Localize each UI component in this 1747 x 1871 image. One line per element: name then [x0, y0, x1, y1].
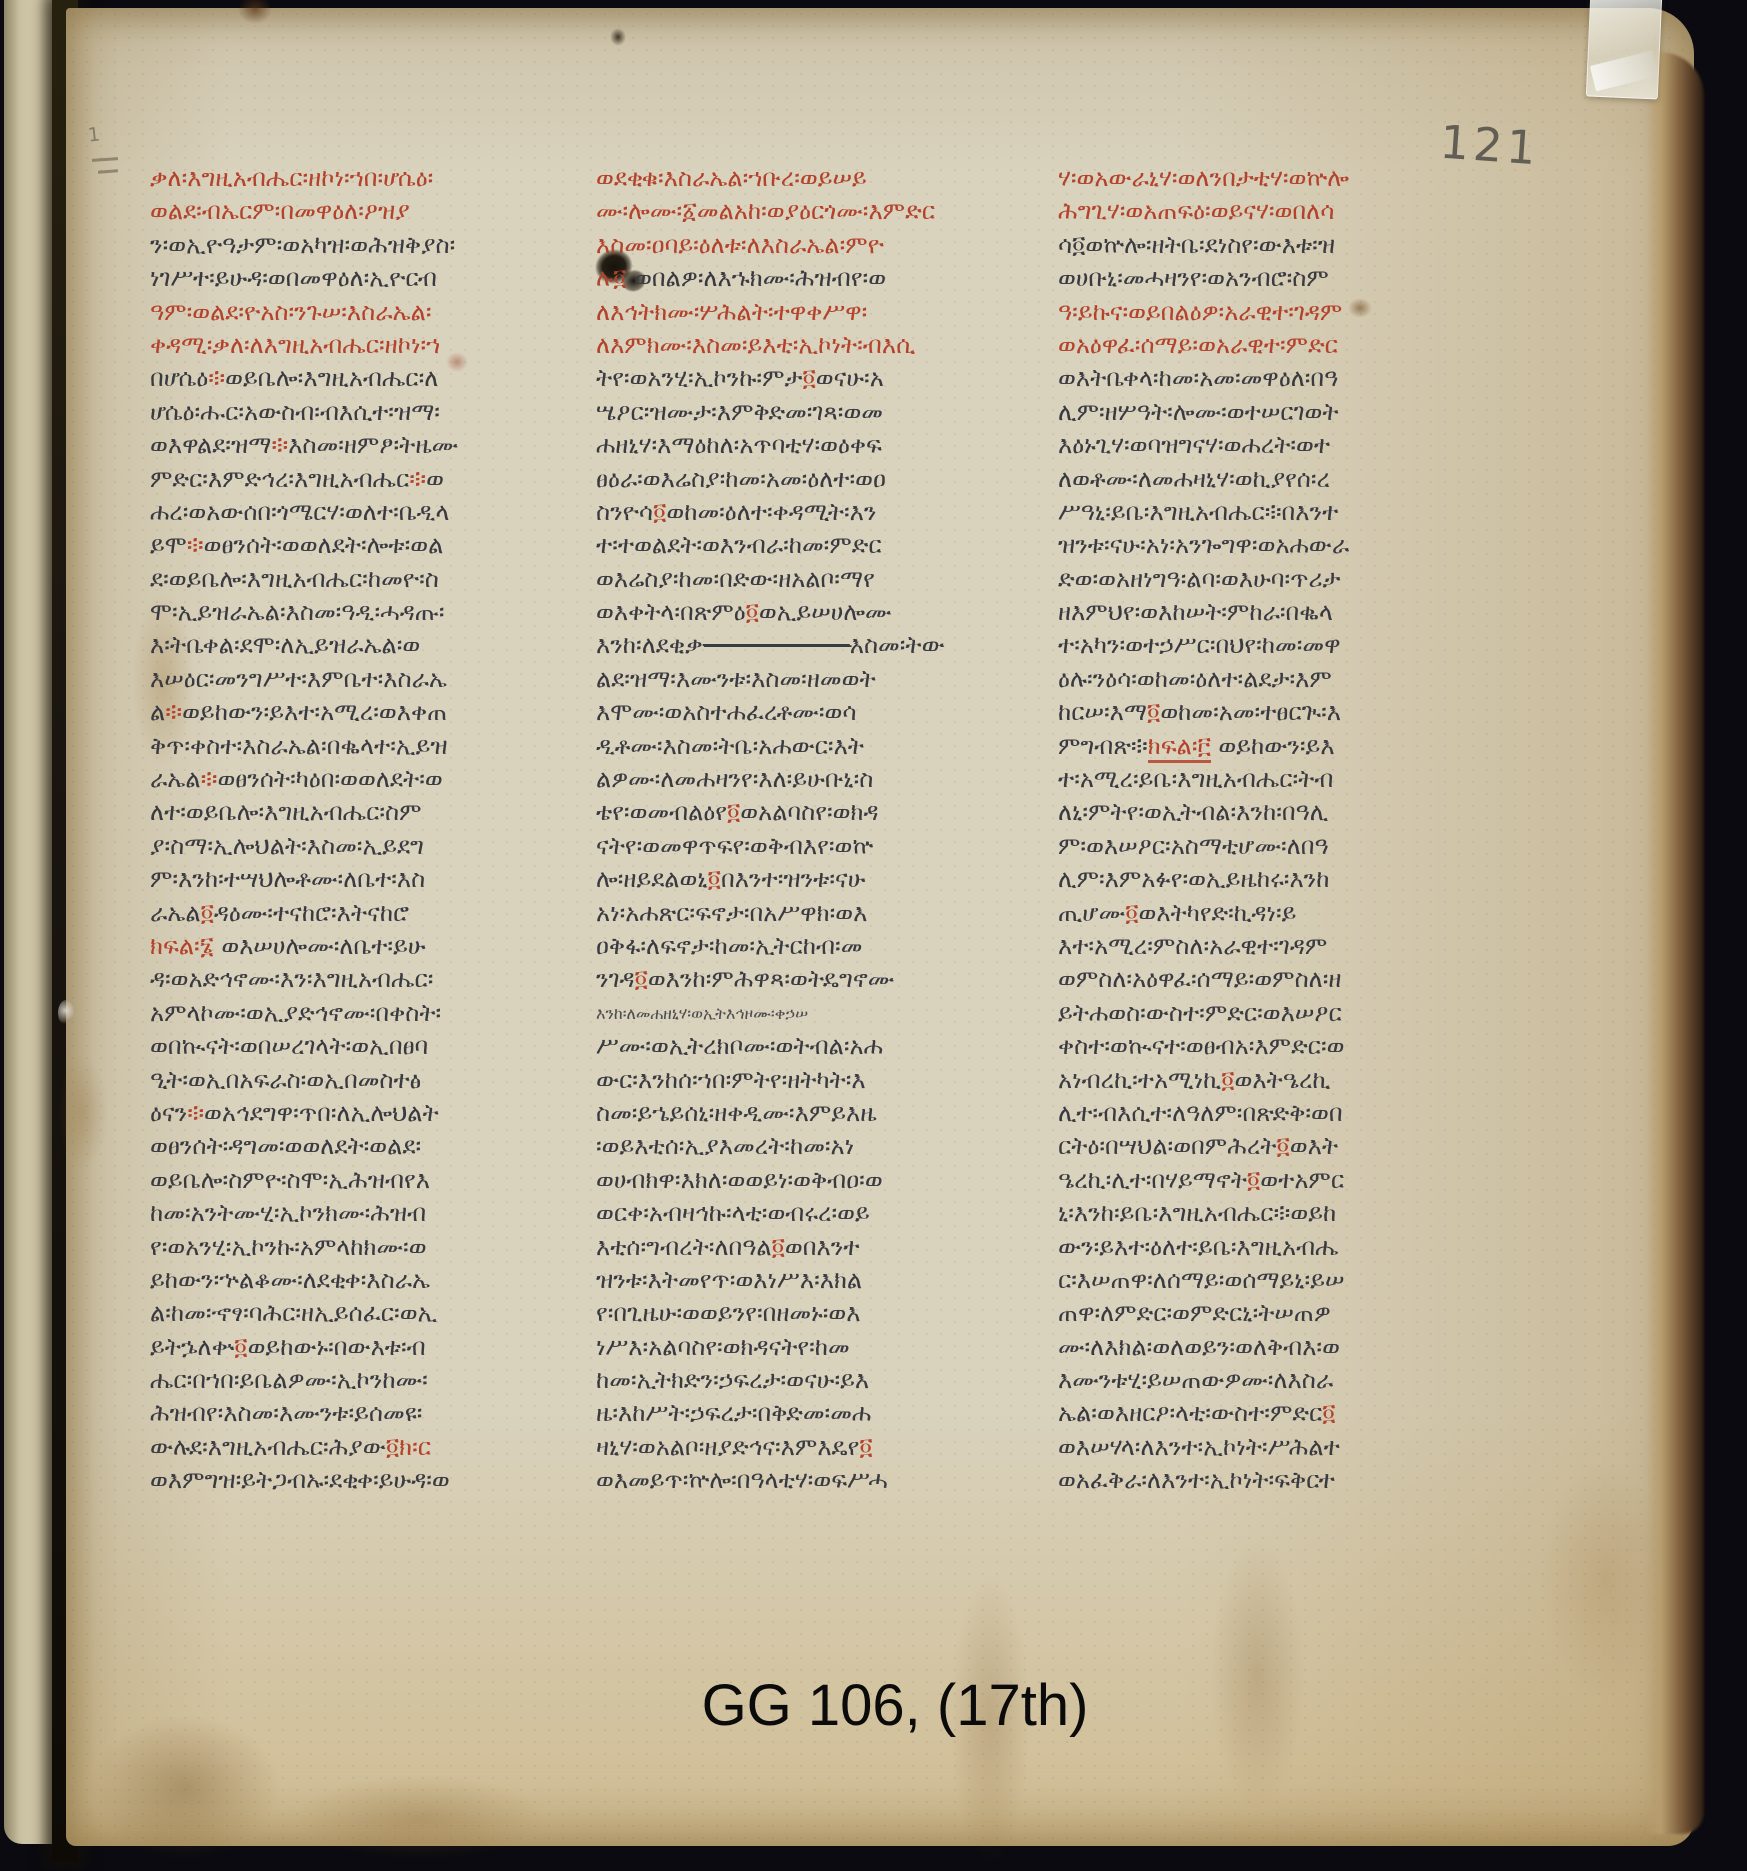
text-line: ን፡ወኢዮዓታም፡ወአካዝ፡ወሕዝቅያስ፡: [150, 229, 564, 262]
body-text: ዒት፡ወኢበአፍራስ፡ወኢበመስተፅ: [150, 1066, 421, 1094]
body-text: ሕዝብየ፡እስመ፡እሙንቱ፡ይሰመዩ፡: [150, 1399, 422, 1427]
text-line: ምግብጽ፨ክፍል፡፫ ወይከውን፡ይእ: [1058, 730, 1472, 763]
text-line: ያ፡ስማ፡ኢሎህልት፡እስመ፡ኢይደግ: [150, 830, 564, 863]
rubric-text: ሃ፡ወአውራኒሃ፡ወለንበታቲሃ፡ወኵሎ: [1058, 164, 1349, 192]
text-line: ወደቂቁ፡እስራኤል፡ኀቡረ፡ወይሠይ: [596, 162, 1010, 195]
body-text: ሤዖር፡ዝሙታ፡እምቅድመ፡ገጻ፡ወመ: [596, 398, 883, 426]
text-line: ወእትቤቀላ፡ከመ፡አመ፡መዋዕለ፡በዓ: [1058, 362, 1472, 395]
body-text: ሐዘኒሃ፡እማዕከለ፡አጥባቲሃ፡ወዕቀፍ: [596, 431, 882, 459]
text-line: ወሀቡኒ፡መሓዛንየ፡ወአንብሮ፡ስም: [1058, 262, 1472, 295]
body-text: የ፡ወአንሂ፡ኢኮንኩ፡አምላከክሙ፡ወ: [150, 1233, 427, 1261]
rubric-text: ፬: [772, 1233, 785, 1261]
rubric-text: ወአዕዋፈ፡ሰማይ፡ወአራዊተ፡ምድር: [1058, 331, 1338, 359]
text-line: ምድር፡እምድኅረ፡እግዚአብሔር፨ወ: [150, 463, 564, 496]
body-text: ዳዕሙ፡ተናከሮ፡እትናከሮ: [214, 899, 409, 927]
text-line: ም፡ወእሠዖር፡አስማቲሆሙ፡ለበዓ: [1058, 830, 1472, 863]
text-line: አነብረኪ፡ተአሚነኪ፬ወእትዔረኪ: [1058, 1064, 1472, 1097]
text-line: ሤዖር፡ዝሙታ፡እምቅድመ፡ገጻ፡ወመ: [596, 396, 1010, 429]
text-line: ልዎሙ፡ለመሐዛንየ፡እለ፡ይሁቡኒ፡ስ: [596, 763, 1010, 796]
body-text: ተ፡አሚረ፡ይቤ፡እግዚአብሔር፡ትብ: [1058, 765, 1333, 793]
text-line: ዲቶሙ፡እስመ፡ትቤ፡አሐውር፡እት: [596, 730, 1010, 763]
rubric-text: ፬: [635, 965, 648, 993]
text-line: ወእምግዝ፡ይትጋብኡ፡ደቂቀ፡ይሁዳ፡ወ: [150, 1464, 564, 1497]
text-line: ሥሙ፡ወኢትረክቦሙ፡ወትብል፡አሐ: [596, 1030, 1010, 1063]
body-text: ሊም፡እምአፉየ፡ወኢይዜከሩ፡እንከ: [1058, 865, 1330, 893]
text-line: ወርቀ፡አብዛኅኩ፡ላቲ፡ወብሩረ፡ወይ: [596, 1197, 1010, 1230]
body-text: በእንተ፡ዝንቱ፡ናሁ: [721, 865, 866, 893]
book-fore-edge: [1646, 52, 1704, 1834]
text-line: እሙንቱሂ፡ይሠጠውዎሙ፡ለእስራ: [1058, 1364, 1472, 1397]
body-text: ል፡ከመ፡ኆፃ፡ባሕር፡ዘኢይሰፈር፡ወኢ: [150, 1299, 437, 1327]
text-line: ተ፡ተወልደት፡ወእንብራ፡ከመ፡ምድር: [596, 529, 1010, 562]
text-line: ልደ፡ዝማ፡እሙንቱ፡እስመ፡ዘመወት: [596, 663, 1010, 696]
body-text: ለተ፡ወይቤሎ፡እግዚአብሔር፡ስም: [150, 798, 422, 826]
text-line: ሊም፡እምአፉየ፡ወኢይዜከሩ፡እንከ: [1058, 863, 1472, 896]
body-text: ሙ፡ለእክል፡ወለወይን፡ወለቅብእ፡ወ: [1058, 1333, 1340, 1361]
body-text: ሎ፡ዘይደልወኒ: [596, 865, 708, 893]
body-text: ወእሬስያ፡ከመ፡በድው፡ዘአልቦ፡ማየ: [596, 565, 875, 593]
body-text: ውን፡ይእተ፡ዕለተ፡ይቤ፡እግዚአብሔ: [1058, 1233, 1339, 1261]
body-text: ወእትቤቀላ፡ከመ፡አመ፡መዋዕለ፡በዓ: [1058, 364, 1338, 392]
text-line: እሠዕር፡መንግሥተ፡እምቤተ፡እስራኤ: [150, 663, 564, 696]
rubric-text: ፨: [165, 698, 182, 726]
body-text: ተ፡ተወልደት፡ወእንብራ፡ከመ፡ምድር: [596, 531, 882, 559]
body-text: ርትዕ፡በሣህል፡ወበምሕረት: [1058, 1132, 1277, 1160]
body-text: ኒ፡እንከ፡ይቤ፡እግዚአብሔር፨ወይከ: [1058, 1199, 1336, 1227]
rubric-text: ፨: [409, 465, 426, 493]
text-line: ሞ፡ኢይዝራኤል፡እስመ፡ዓዲ፡ሓዳጡ፡: [150, 596, 564, 629]
rubric-text: ፬ክ፡ር: [386, 1433, 431, 1461]
body-text: ወእትካየድ፡ኪዳነ፡ይ: [1138, 899, 1296, 927]
body-text: ጠዋ፡ለምድር፡ወምድርኒ፡ትሠጠዎ: [1058, 1299, 1331, 1327]
text-line: ሊም፡ዘሦዓት፡ሎሙ፡ወተሠርገወት: [1058, 396, 1472, 429]
text-line: ሥዓኒ፡ይቤ፡እግዚአብሔር፨በእንተ: [1058, 496, 1472, 529]
text-line: ቴየ፡ወመብልዕየ፬ወአልባስየ፡ወክዳ: [596, 796, 1010, 829]
text-line: ሔር፡በኀበ፡ይቤልዎሙ፡ኢኮንከሙ፡: [150, 1364, 564, 1397]
body-text: አምላኮሙ፡ወኢያድኅኖሙ፡በቀስት፡: [150, 999, 441, 1027]
text-line: ውሉደ፡እግዚአብሔር፡ሕያው፬ክ፡ር: [150, 1431, 564, 1464]
text-line: ወይቤሎ፡ስምዮ፡ስሞ፡ኢሕዝብየእ: [150, 1164, 564, 1197]
text-line: ከመ፡ኢትክድን፡ኃፍረታ፡ወናሁ፡ይእ: [596, 1364, 1010, 1397]
text-line: ናትየ፡ወመዋጥፍየ፡ወቅብእየ፡ወኵ: [596, 830, 1010, 863]
body-text: ወአፈቅራ፡ለእንተ፡ኢኮነት፡ፍቅርተ: [1058, 1466, 1335, 1494]
body-text: ከመ፡አንትሙሂ፡ኢኮንክሙ፡ሕዝብ: [150, 1199, 426, 1227]
rubric-text: እስመ፡ዐባይ፡ዕለቱ፡ለእስራኤል፡ምዮ: [596, 231, 884, 259]
text-line: ዒት፡ወኢበአፍራስ፡ወኢበመስተፅ: [150, 1064, 564, 1097]
body-text: ሥዓኒ፡ይቤ፡እግዚአብሔር፨በእንተ: [1058, 498, 1338, 526]
body-text: ም፡እንከ፡ተሣህሎቶሙ፡ለቤተ፡እስ: [150, 865, 425, 893]
text-line: ውር፡እንከሰ፡ኀበ፡ምትየ፡ዘትካት፡እ: [596, 1064, 1010, 1097]
body-text: ወእምግዝ፡ይትጋብኡ፡ደቂቀ፡ይሁዳ፡ወ: [150, 1466, 450, 1494]
text-line: ዝንቱ፡እትመየጥ፡ወእነሥእ፡እክል: [596, 1264, 1010, 1297]
body-text: እስመ፡ዘምፆ፡ትዜሙ: [288, 431, 458, 459]
text-column-2: ወደቂቁ፡እስራኤል፡ኀቡረ፡ወይሠይሙ፡ሎሙ፡፩መልአከ፡ወያዕርጎሙ፡እምድ…: [596, 162, 1010, 1498]
body-text: ወከመ፡አመ፡ተፀርጒ፡እ: [1160, 698, 1341, 726]
body-text: ይከውን፡ኍልቆሙ፡ለደቂቀ፡እስራኤ: [150, 1266, 430, 1294]
body-text: ሆሴዕ፡ሑር፡አውስብ፡ብእሲተ፡ዝማ፡: [150, 398, 440, 426]
body-text: ምግብጽ፨: [1058, 732, 1148, 760]
body-text: ወሀቡኒ፡መሓዛንየ፡ወአንብሮ፡ስም: [1058, 264, 1329, 292]
body-text: ወርቀ፡አብዛኅኩ፡ላቲ፡ወብሩረ፡ወይ: [596, 1199, 870, 1227]
text-line: ክፍል፡፮ ወእሠሀሎሙ፡ለቤተ፡ይሁ: [150, 930, 564, 963]
body-text: ዐቅፋ፡ለፍኖታ፡ከመ፡ኢትርከብ፡መ: [596, 932, 862, 960]
rubric-text: ፬: [727, 798, 740, 826]
body-text: ናትየ፡ወመዋጥፍየ፡ወቅብእየ፡ወኵ: [596, 832, 873, 860]
body-text: ወእመይጥ፡ኵሎ፡በዓላቲሃ፡ወፍሥሓ: [596, 1466, 888, 1494]
text-line: ይትኌለቍ፬ወይከውኑ፡በውእቱ፡ብ: [150, 1331, 564, 1364]
body-text: ስመ፡ይኄይሰኒ፡ዘቀዲሙ፡እምይእዜ: [596, 1099, 877, 1127]
text-line: ር፡እሠጠዋ፡ለሰማይ፡ወሰማይኒ፡ይሠ: [1058, 1264, 1472, 1297]
body-text: ትየ፡ወአንሂ፡ኢኮንኩ፡ምታ: [596, 364, 802, 392]
text-line: ኒ፡እንከ፡ይቤ፡እግዚአብሔር፨ወይከ: [1058, 1197, 1472, 1230]
body-text: ሐረ፡ወአውሰበ፡ጎሜርሃ፡ወለተ፡ቤዲላ: [150, 498, 449, 526]
text-column-3: ሃ፡ወአውራኒሃ፡ወለንበታቲሃ፡ወኵሎሕግጊሃ፡ወአጠፍዕ፡ወይናሃ፡ወበለሳ…: [1058, 162, 1472, 1498]
rubric-text: ፬: [653, 498, 666, 526]
body-text: የ፡በጊዜሁ፡ወወይንየ፡በዘመኑ፡ወእ: [596, 1299, 861, 1327]
text-line: ዐቅፋ፡ለፍኖታ፡ከመ፡ኢትርከብ፡መ: [596, 930, 1010, 963]
body-text: ከርሠ፡እማ: [1058, 698, 1147, 726]
text-line: አነ፡አሐጽር፡ፍኖታ፡በአሥዋክ፡ወእ: [596, 897, 1010, 930]
text-line: ሃ፡ወአውራኒሃ፡ወለንበታቲሃ፡ወኵሎ: [1058, 162, 1472, 195]
text-line: ስንዮሳ፬ወከመ፡ዕለተ፡ቀዳሚት፡እን: [596, 496, 1010, 529]
body-text: ወናሁ፡አ: [816, 364, 884, 392]
body-text: ን፡ወኢዮዓታም፡ወአካዝ፡ወሕዝቅያስ፡: [150, 231, 455, 259]
body-text: ወእዋልደ፡ዝማ: [150, 431, 271, 459]
body-text: ልደ፡ዝማ፡እሙንቱ፡እስመ፡ዘመወት: [596, 665, 876, 693]
text-line: እስመ፡ዐባይ፡ዕለቱ፡ለእስራኤል፡ምዮ: [596, 229, 1010, 262]
text-line: ል፡ከመ፡ኆፃ፡ባሕር፡ዘኢይሰፈር፡ወኢ: [150, 1297, 564, 1330]
text-line: ዔረኪ፡ሊተ፡በሃይማኖት፬ወተአምር: [1058, 1164, 1472, 1197]
text-line: ል፨ወይከውን፡ይእተ፡አሚረ፡ወእቀጠ: [150, 696, 564, 729]
body-text: ወሀብክዋ፡እክለ፡ወወይነ፡ወቅብዐ፡ወ: [596, 1166, 883, 1194]
rubric-text: ፬: [1322, 1399, 1335, 1427]
body-text: ቴየ፡ወመብልዕየ: [596, 798, 727, 826]
body-text: ነገሥተ፡ይሁዳ፡ወበመዋዕለ፡ኢዮርብ: [150, 264, 437, 292]
text-line: ርትዕ፡በሣህል፡ወበምሕረት፬ወእት: [1058, 1130, 1472, 1163]
text-line: የ፡በጊዜሁ፡ወወይንየ፡በዘመኑ፡ወእ: [596, 1297, 1010, 1330]
body-text: ጢሆሙ: [1058, 899, 1125, 927]
text-line: ወፀንሰት፡ዳግመ፡ወወለደት፡ወልደ፡: [150, 1130, 564, 1163]
body-text: ራኤል: [150, 899, 201, 927]
body-text: ውሉደ፡እግዚአብሔር፡ሕያው: [150, 1433, 386, 1461]
rubric-text: ወደቂቁ፡እስራኤል፡ኀቡረ፡ወይሠይ: [596, 164, 867, 192]
body-text: ዛኒሃ፡ወአልቦ፡ዘያድኅና፡እምእዴየ: [596, 1433, 859, 1461]
text-line: ወእመይጥ፡ኵሎ፡በዓላቲሃ፡ወፍሥሓ: [596, 1464, 1010, 1497]
text-line: ይትሐወስ፡ውስተ፡ምድር፡ወእሠዖር: [1058, 997, 1472, 1030]
text-line: ዘእምህየ፡ወእከሠት፡ምከራ፡በቈላ: [1058, 596, 1472, 629]
body-text: ር፡እሠጠዋ፡ለሰማይ፡ወሰማይኒ፡ይሠ: [1058, 1266, 1344, 1294]
body-text: ተ፡አካን፡ወተኃሥር፡በህየ፡ከመ፡መዋ: [1058, 631, 1341, 659]
body-text: ወእትዔረኪ: [1234, 1066, 1330, 1094]
body-text: ወአልባስየ፡ወክዳ: [740, 798, 878, 826]
body-text: ል: [150, 698, 165, 726]
text-line: ቅጥ፡ቀስተ፡እስራኤል፡በቈላተ፡ኢይዝ: [150, 730, 564, 763]
body-text: አነ፡አሐጽር፡ፍኖታ፡በአሥዋክ፡ወእ: [596, 899, 867, 927]
sewing-thread: [58, 1000, 74, 1026]
rubric-text: ቀዳሚ፡ቃለ፡ለእግዚአብሔር፡ዘኮነ፡ኀ: [150, 331, 440, 359]
body-text: ወእንከ፡ምሕዋጻ፡ወትዴግኖሙ: [648, 965, 894, 993]
rubric-text: ወልደ፡ብኤርም፡በመዋዕለ፡ዖዝያ: [150, 197, 410, 225]
text-line: ለተ፡ወይቤሎ፡እግዚአብሔር፡ስም: [150, 796, 564, 829]
body-text: ዲቶሙ፡እስመ፡ትቤ፡አሐውር፡እት: [596, 732, 864, 760]
body-text: ዔረኪ፡ሊተ፡በሃይማኖት: [1058, 1166, 1247, 1194]
body-text: ይትሐወስ፡ውስተ፡ምድር፡ወእሠዖር: [1058, 999, 1342, 1027]
manuscript-photo: 1 121 ቃለ፡እግዚአብሔር፡ዘኮነ፡ኀበ፡ሆሴዕ፡ወልደ፡ብኤርም፡በመዋ…: [0, 0, 1747, 1871]
body-text: እ፡ትቤቀል፡ደሞ፡ለኢይዝራኤል፡ወ: [150, 631, 420, 659]
body-text: ወከመ፡ዕለተ፡ቀዳሚት፡እን: [666, 498, 876, 526]
body-text: ወፀንሰት፡ካዕበ፡ወወለደት፡ወ: [217, 765, 442, 793]
rubric-text: ለእምክሙ፡እስመ፡ይእቲ፡ኢኮነት፡ብእሲ: [596, 331, 915, 359]
body-text: ልዎሙ፡ለመሐዛንየ፡እለ፡ይሁቡኒ፡ስ: [596, 765, 873, 793]
body-text: ንገዳ: [596, 965, 635, 993]
body-text: ይትኌለቍ: [150, 1333, 234, 1361]
text-line: ቃለ፡እግዚአብሔር፡ዘኮነ፡ኀበ፡ሆሴዕ፡: [150, 162, 564, 195]
body-text: ምድር፡እምድኅረ፡እግዚአብሔር: [150, 465, 409, 493]
text-line: ከርሠ፡እማ፬ወከመ፡አመ፡ተፀርጒ፡እ: [1058, 696, 1472, 729]
text-line: ወልደ፡ብኤርም፡በመዋዕለ፡ዖዝያ: [150, 195, 564, 228]
body-text: ለኒ፡ምትየ፡ወኢትብል፡እንከ፡በዓሊ: [1058, 798, 1328, 826]
rubric-text: ፨: [271, 431, 288, 459]
text-line: ራኤል፬ዳዕሙ፡ተናከሮ፡እትናከሮ: [150, 897, 564, 930]
rubric-text: ፬: [201, 899, 214, 927]
text-line: ዳ፡ወአድኅኖሙ፡እን፡እግዚአብሔር፡: [150, 963, 564, 996]
rubric-text: ክፍል፡፫: [1148, 732, 1211, 763]
rubric-text: ቃለ፡እግዚአብሔር፡ዘኮነ፡ኀበ፡ሆሴዕ፡: [150, 164, 433, 192]
body-text: ወይከውን፡ይእተ፡አሚረ፡ወእቀጠ: [182, 698, 447, 726]
body-text: ወይከውን፡ይእ: [1211, 732, 1335, 760]
text-line: ፡ወይእቲሰ፡ኢያእመረት፡ከመ፡አነ: [596, 1130, 1010, 1163]
body-text: እንከ፡ለደቂቃ: [596, 631, 703, 659]
text-line: ሐዘኒሃ፡እማዕከለ፡አጥባቲሃ፡ወዕቀፍ: [596, 429, 1010, 462]
text-line: ቀስተ፡ወኲናተ፡ወፀብአ፡እምድር፡ወ: [1058, 1030, 1472, 1063]
text-line: እ፡ትቤቀል፡ደሞ፡ለኢይዝራኤል፡ወ: [150, 629, 564, 662]
body-text: ወበኲናት፡ወበሠረገላት፡ወኢበፀባ: [150, 1032, 428, 1060]
rubric-text: ፬: [1277, 1132, 1290, 1160]
body-text: ፡ወይእቲሰ፡ኢያእመረት፡ከመ፡አነ: [596, 1132, 854, 1160]
text-line: ወአዕዋፈ፡ሰማይ፡ወአራዊተ፡ምድር: [1058, 329, 1472, 362]
text-line: ነሥእ፡አልባስየ፡ወክዳናትየ፡ከመ: [596, 1331, 1010, 1364]
body-text: እሞሙ፡ወአስተሐፈረቶሙ፡ወሳ: [596, 698, 856, 726]
text-line: ውን፡ይእተ፡ዕለተ፡ይቤ፡እግዚአብሔ: [1058, 1231, 1472, 1264]
rubric-text: ፨: [187, 1099, 204, 1127]
body-text: ወአኅደግዋ፡ጥበ፡ለኢሎህልት: [204, 1099, 439, 1127]
body-text: ነሥእ፡አልባስየ፡ወክዳናትየ፡ከመ: [596, 1333, 850, 1361]
body-text: ወበልዎ፡ለእኁክሙ፡ሕዝብየ፡ወ: [626, 264, 886, 292]
text-line: ዜ፡እከሥት፡ኃፍረታ፡በቅድመ፡መሐ: [596, 1397, 1010, 1430]
body-text: ራኤል: [150, 765, 201, 793]
body-text: ሥሙ፡ወኢትረክቦሙ፡ወትብል፡አሐ: [596, 1032, 883, 1060]
text-line: ወእሠሃላ፡ለእንተ፡ኢኮነት፡ሥሕልተ: [1058, 1431, 1472, 1464]
body-text: ሔር፡በኀበ፡ይቤልዎሙ፡ኢኮንከሙ፡: [150, 1366, 428, 1394]
body-text: ወእሠሀሎሙ፡ለቤተ፡ይሁ: [214, 932, 426, 960]
body-text: ከመ፡ኢትክድን፡ኃፍረታ፡ወናሁ፡ይእ: [596, 1366, 869, 1394]
text-line: ጠዋ፡ለምድር፡ወምድርኒ፡ትሠጠዎ: [1058, 1297, 1472, 1330]
text-line: ይከውን፡ኍልቆሙ፡ለደቂቀ፡እስራኤ: [150, 1264, 564, 1297]
body-text: እቲሰ፡ግብረት፡ለበዓል: [596, 1233, 772, 1261]
rubric-text: ፬: [1247, 1166, 1260, 1194]
body-text: ሊም፡ዘሦዓት፡ሎሙ፡ወተሠርገወት: [1058, 398, 1339, 426]
text-line: ተ፡አካን፡ወተኃሥር፡በህየ፡ከመ፡መዋ: [1058, 629, 1472, 662]
text-line: ሳ፬ወኵሎ፡ዘትቤ፡ደነስየ፡ውእቱ፡ዝ: [1058, 229, 1472, 262]
text-line: ወሀብክዋ፡እክለ፡ወወይነ፡ወቅብዐ፡ወ: [596, 1164, 1010, 1197]
text-line: ለእምክሙ፡እስመ፡ይእቲ፡ኢኮነት፡ብእሲ: [596, 329, 1010, 362]
body-text: ———————: [703, 631, 850, 659]
body-text: ወኢይሠሀሎሙ: [759, 598, 892, 626]
body-text: እሙንቱሂ፡ይሠጠውዎሙ፡ለእስራ: [1058, 1366, 1333, 1394]
margin-pencil-mark: 1: [87, 123, 101, 146]
text-line: ፀዕራ፡ወእሬስያ፡ከመ፡አመ፡ዕለተ፡ወዐ: [596, 463, 1010, 496]
body-text: ም፡ወእሠዖር፡አስማቲሆሙ፡ለበዓ: [1058, 832, 1329, 860]
text-line: ወአፈቅራ፡ለእንተ፡ኢኮነት፡ፍቅርተ: [1058, 1464, 1472, 1497]
text-line: ዝንቱ፡ናሁ፡አነ፡አንጐግዋ፡ወአሐውራ: [1058, 529, 1472, 562]
text-line: ነገሥተ፡ይሁዳ፡ወበመዋዕለ፡ኢዮርብ: [150, 262, 564, 295]
text-line: ራኤል፨ወፀንሰት፡ካዕበ፡ወወለደት፡ወ: [150, 763, 564, 796]
catalog-caption: GG 106, (17th): [0, 1672, 1747, 1739]
text-column-1: ቃለ፡እግዚአብሔር፡ዘኮነ፡ኀበ፡ሆሴዕ፡ወልደ፡ብኤርም፡በመዋዕለ፡ዖዝያ…: [150, 162, 564, 1498]
rubric-text: ፨: [208, 364, 225, 392]
body-text: ይሞ: [150, 531, 187, 559]
text-line: እዕኑጊሃ፡ወባዝግናሃ፡ወሐረት፡ወተ: [1058, 429, 1472, 462]
text-line: ከመ፡አንትሙሂ፡ኢኮንክሙ፡ሕዝብ: [150, 1197, 564, 1230]
text-line: ሙ፡ሎሙ፡፩መልአከ፡ወያዕርጎሙ፡እምድር: [596, 195, 1010, 228]
text-line: እተ፡አሚረ፡ምስለ፡አራዊተ፡ገዳም: [1058, 930, 1472, 963]
text-line: ሐረ፡ወአውሰበ፡ጎሜርሃ፡ወለተ፡ቤዲላ: [150, 496, 564, 529]
text-line: ጢሆሙ፬ወእትካየድ፡ኪዳነ፡ይ: [1058, 897, 1472, 930]
body-text: ቅጥ፡ቀስተ፡እስራኤል፡በቈላተ፡ኢይዝ: [150, 732, 448, 760]
rubric-text: ፨: [201, 765, 218, 793]
text-line: ወእሬስያ፡ከመ፡በድው፡ዘአልቦ፡ማየ: [596, 563, 1010, 596]
body-text: በሆሴዕ: [150, 364, 208, 392]
body-text: ዘእምህየ፡ወእከሠት፡ምከራ፡በቈላ: [1058, 598, 1333, 626]
body-text: ወይቤሎ፡ስምዮ፡ስሞ፡ኢሕዝብየእ: [150, 1166, 430, 1194]
body-text: ዳ፡ወአድኅኖሙ፡እን፡እግዚአብሔር፡: [150, 965, 433, 993]
body-text: ወእሠሃላ፡ለእንተ፡ኢኮነት፡ሥሕልተ: [1058, 1433, 1340, 1461]
rubric-text: ፬: [859, 1433, 872, 1461]
body-text: ፀዕራ፡ወእሬስያ፡ከመ፡አመ፡ዕለተ፡ወዐ: [596, 465, 886, 493]
rubric-text: ፬: [802, 364, 815, 392]
text-line: እንከ፡ለደቂቃ———————እስመ፡ትው: [596, 629, 1010, 662]
rubric-text: ፬: [746, 598, 759, 626]
body-text: እሠዕር፡መንግሥተ፡እምቤተ፡እስራኤ: [150, 665, 447, 693]
text-line: ትየ፡ወአንሂ፡ኢኮንኩ፡ምታ፬ወናሁ፡አ: [596, 362, 1010, 395]
body-text: ወ: [426, 465, 444, 493]
body-text: ዜ፡እከሥት፡ኃፍረታ፡በቅድመ፡መሐ: [596, 1399, 871, 1427]
text-line: ሕዝብየ፡እስመ፡እሙንቱ፡ይሰመዩ፡: [150, 1397, 564, 1430]
text-line: የ፡ወአንሂ፡ኢኮንኩ፡አምላከክሙ፡ወ: [150, 1231, 564, 1264]
body-text: ወፀንሰት፡ዳግመ፡ወወለደት፡ወልደ፡: [150, 1132, 421, 1160]
text-line: ቀዳሚ፡ቃለ፡ለእግዚአብሔር፡ዘኮነ፡ኀ: [150, 329, 564, 362]
text-line: ይሞ፨ወፀንሰት፡ወወለደት፡ሎቱ፡ወል: [150, 529, 564, 562]
rubric-text: ፬: [1125, 899, 1138, 927]
body-text: ወይከውኑ፡በውእቱ፡ብ: [248, 1333, 426, 1361]
body-text: ቀስተ፡ወኲናተ፡ወፀብአ፡እምድር፡ወ: [1058, 1032, 1344, 1060]
rubric-text: ዓ፡ይኩና፡ወይበልዕዎ፡አራዊተ፡ገዳም: [1058, 298, 1342, 326]
text-line: እቲሰ፡ግብረት፡ለበዓል፬ወበእንተ: [596, 1231, 1010, 1264]
rubric-text: ፬: [234, 1333, 247, 1361]
text-line: ሊተ፡ብእሲተ፡ለዓለም፡በጽድቅ፡ወበ: [1058, 1097, 1472, 1130]
text-line: ኤል፡ወእዘርዖ፡ላቲ፡ውስተ፡ምድር፬: [1058, 1397, 1472, 1430]
body-text: ውር፡እንከሰ፡ኀበ፡ምትየ፡ዘትካት፡እ: [596, 1066, 866, 1094]
text-line: ለእኅትክሙ፡ሦሕልት፡ተዋቀሥዋ፡: [596, 296, 1010, 329]
text-line: ለወቶሙ፡ለመሐዛኒሃ፡ወኪያየሰ፡ረ: [1058, 463, 1472, 496]
text-line: ወምስለ፡አዕዋፈ፡ሰማይ፡ወምስለ፡ዘ: [1058, 963, 1472, 996]
text-line: ስመ፡ይኄይሰኒ፡ዘቀዲሙ፡እምይእዜ: [596, 1097, 1010, 1130]
text-line: እሞሙ፡ወአስተሐፈረቶሙ፡ወሳ: [596, 696, 1010, 729]
text-line: ዓ፡ይኩና፡ወይበልዕዎ፡አራዊተ፡ገዳም: [1058, 296, 1472, 329]
text-line: ዕሉ፡ንዕሳ፡ወከመ፡ዕለተ፡ልደታ፡እም: [1058, 663, 1472, 696]
rubric-text: ሕግጊሃ፡ወአጠፍዕ፡ወይናሃ፡ወበለሳ: [1058, 197, 1334, 225]
text-line: ተ፡አሚረ፡ይቤ፡እግዚአብሔር፡ትብ: [1058, 763, 1472, 796]
text-line: ለኒ፡ምትየ፡ወኢትብል፡እንከ፡በዓሊ: [1058, 796, 1472, 829]
text-line: ሆሴዕ፡ሑር፡አውስብ፡ብእሲተ፡ዝማ፡: [150, 396, 564, 429]
text-line: እንከ፡ለመሐዘኒሃ፡ወኢትእኅዞሙ፡ቀኃሠ: [596, 997, 1010, 1030]
body-text: ወይቤሎ፡እግዚአብሔር፡ለ: [225, 364, 438, 392]
body-text: ድወ፡ወአዘነግዓ፡ልባ፡ወእሁባ፡ጥሪታ: [1058, 565, 1340, 593]
text-line: ም፡እንከ፡ተሣህሎቶሙ፡ለቤተ፡እስ: [150, 863, 564, 896]
body-text: ወእቀትላ፡በጽምዕ: [596, 598, 746, 626]
rubric-text: ሙ፡ሎሙ፡፩መልአከ፡ወያዕርጎሙ፡እምድር: [596, 197, 935, 225]
body-text: ወተአምር: [1260, 1166, 1344, 1194]
body-text: ዕናን: [150, 1099, 187, 1127]
text-line: ንገዳ፬ወእንከ፡ምሕዋጻ፡ወትዴግኖሙ: [596, 963, 1010, 996]
body-text: ሳ፬ወኵሎ፡ዘትቤ፡ደነስየ፡ውእቱ፡ዝ: [1058, 231, 1335, 259]
body-text: ደ፡ወይቤሎ፡እግዚአብሔር፡ከመዮ፡ስ: [150, 565, 439, 593]
text-line: ዓም፡ወልደ፡ዮአስ፡ንጉሠ፡እስራኤል፡: [150, 296, 564, 329]
text-line: ሎ፡ዘይደልወኒ፬በእንተ፡ዝንቱ፡ናሁ: [596, 863, 1010, 896]
rubric-text: ለእኅትክሙ፡ሦሕልት፡ተዋቀሥዋ፡: [596, 298, 867, 326]
text-line: በሆሴዕ፨ወይቤሎ፡እግዚአብሔር፡ለ: [150, 362, 564, 395]
body-text: እስመ፡ትው: [850, 631, 945, 659]
rubric-text: ሉ፬: [596, 264, 626, 292]
text-line: ወእቀትላ፡በጽምዕ፬ወኢይሠሀሎሙ: [596, 596, 1010, 629]
body-text: ወበእንተ: [785, 1233, 860, 1261]
body-text: ያ፡ስማ፡ኢሎህልት፡እስመ፡ኢይደግ: [150, 832, 424, 860]
text-line: ሉ፬ ወበልዎ፡ለእኁክሙ፡ሕዝብየ፡ወ: [596, 262, 1010, 295]
body-text: ስንዮሳ: [596, 498, 653, 526]
body-text: ሊተ፡ብእሲተ፡ለዓለም፡በጽድቅ፡ወበ: [1058, 1099, 1343, 1127]
text-line: አምላኮሙ፡ወኢያድኅኖሙ፡በቀስት፡: [150, 997, 564, 1030]
text-line: ዛኒሃ፡ወአልቦ፡ዘያድኅና፡እምእዴየ፬: [596, 1431, 1010, 1464]
text-line: ድወ፡ወአዘነግዓ፡ልባ፡ወእሁባ፡ጥሪታ: [1058, 563, 1472, 596]
text-line: ሕግጊሃ፡ወአጠፍዕ፡ወይናሃ፡ወበለሳ: [1058, 195, 1472, 228]
body-text: ወፀንሰት፡ወወለደት፡ሎቱ፡ወል: [204, 531, 444, 559]
body-text: ዝንቱ፡እትመየጥ፡ወእነሥእ፡እክል: [596, 1266, 862, 1294]
rubric-text: ፬: [1221, 1066, 1234, 1094]
body-text: ለወቶሙ፡ለመሐዛኒሃ፡ወኪያየሰ፡ረ: [1058, 465, 1330, 493]
text-line: ወበኲናት፡ወበሠረገላት፡ወኢበፀባ: [150, 1030, 564, 1063]
body-text: እተ፡አሚረ፡ምስለ፡አራዊተ፡ገዳም: [1058, 932, 1327, 960]
rubric-text: ክፍል፡፮: [150, 932, 214, 960]
text-line: ደ፡ወይቤሎ፡እግዚአብሔር፡ከመዮ፡ስ: [150, 563, 564, 596]
body-text: እንከ፡ለመሐዘኒሃ፡ወኢትእኅዞሙ፡ቀኃሠ: [596, 1004, 808, 1023]
rubric-text: ዓም፡ወልደ፡ዮአስ፡ንጉሠ፡እስራኤል፡: [150, 298, 432, 326]
body-text: አነብረኪ፡ተአሚነኪ: [1058, 1066, 1221, 1094]
body-text: ሞ፡ኢይዝራኤል፡እስመ፡ዓዲ፡ሓዳጡ፡: [150, 598, 445, 626]
rubric-text: ፬: [1147, 698, 1160, 726]
body-text: ወምስለ፡አዕዋፈ፡ሰማይ፡ወምስለ፡ዘ: [1058, 965, 1341, 993]
rubric-text: ፬: [708, 865, 721, 893]
text-line: ዕናን፨ወአኅደግዋ፡ጥበ፡ለኢሎህልት: [150, 1097, 564, 1130]
body-text: ዕሉ፡ንዕሳ፡ወከመ፡ዕለተ፡ልደታ፡እም: [1058, 665, 1332, 693]
text-line: ወእዋልደ፡ዝማ፨እስመ፡ዘምፆ፡ትዜሙ: [150, 429, 564, 462]
text-line: ሙ፡ለእክል፡ወለወይን፡ወለቅብእ፡ወ: [1058, 1331, 1472, 1364]
body-text: ወእት: [1290, 1132, 1338, 1160]
body-text: ኤል፡ወእዘርዖ፡ላቲ፡ውስተ፡ምድር: [1058, 1399, 1322, 1427]
rubric-text: ፨: [187, 531, 204, 559]
body-text: እዕኑጊሃ፡ወባዝግናሃ፡ወሐረት፡ወተ: [1058, 431, 1330, 459]
body-text: ዝንቱ፡ናሁ፡አነ፡አንጐግዋ፡ወአሐውራ: [1058, 531, 1349, 559]
